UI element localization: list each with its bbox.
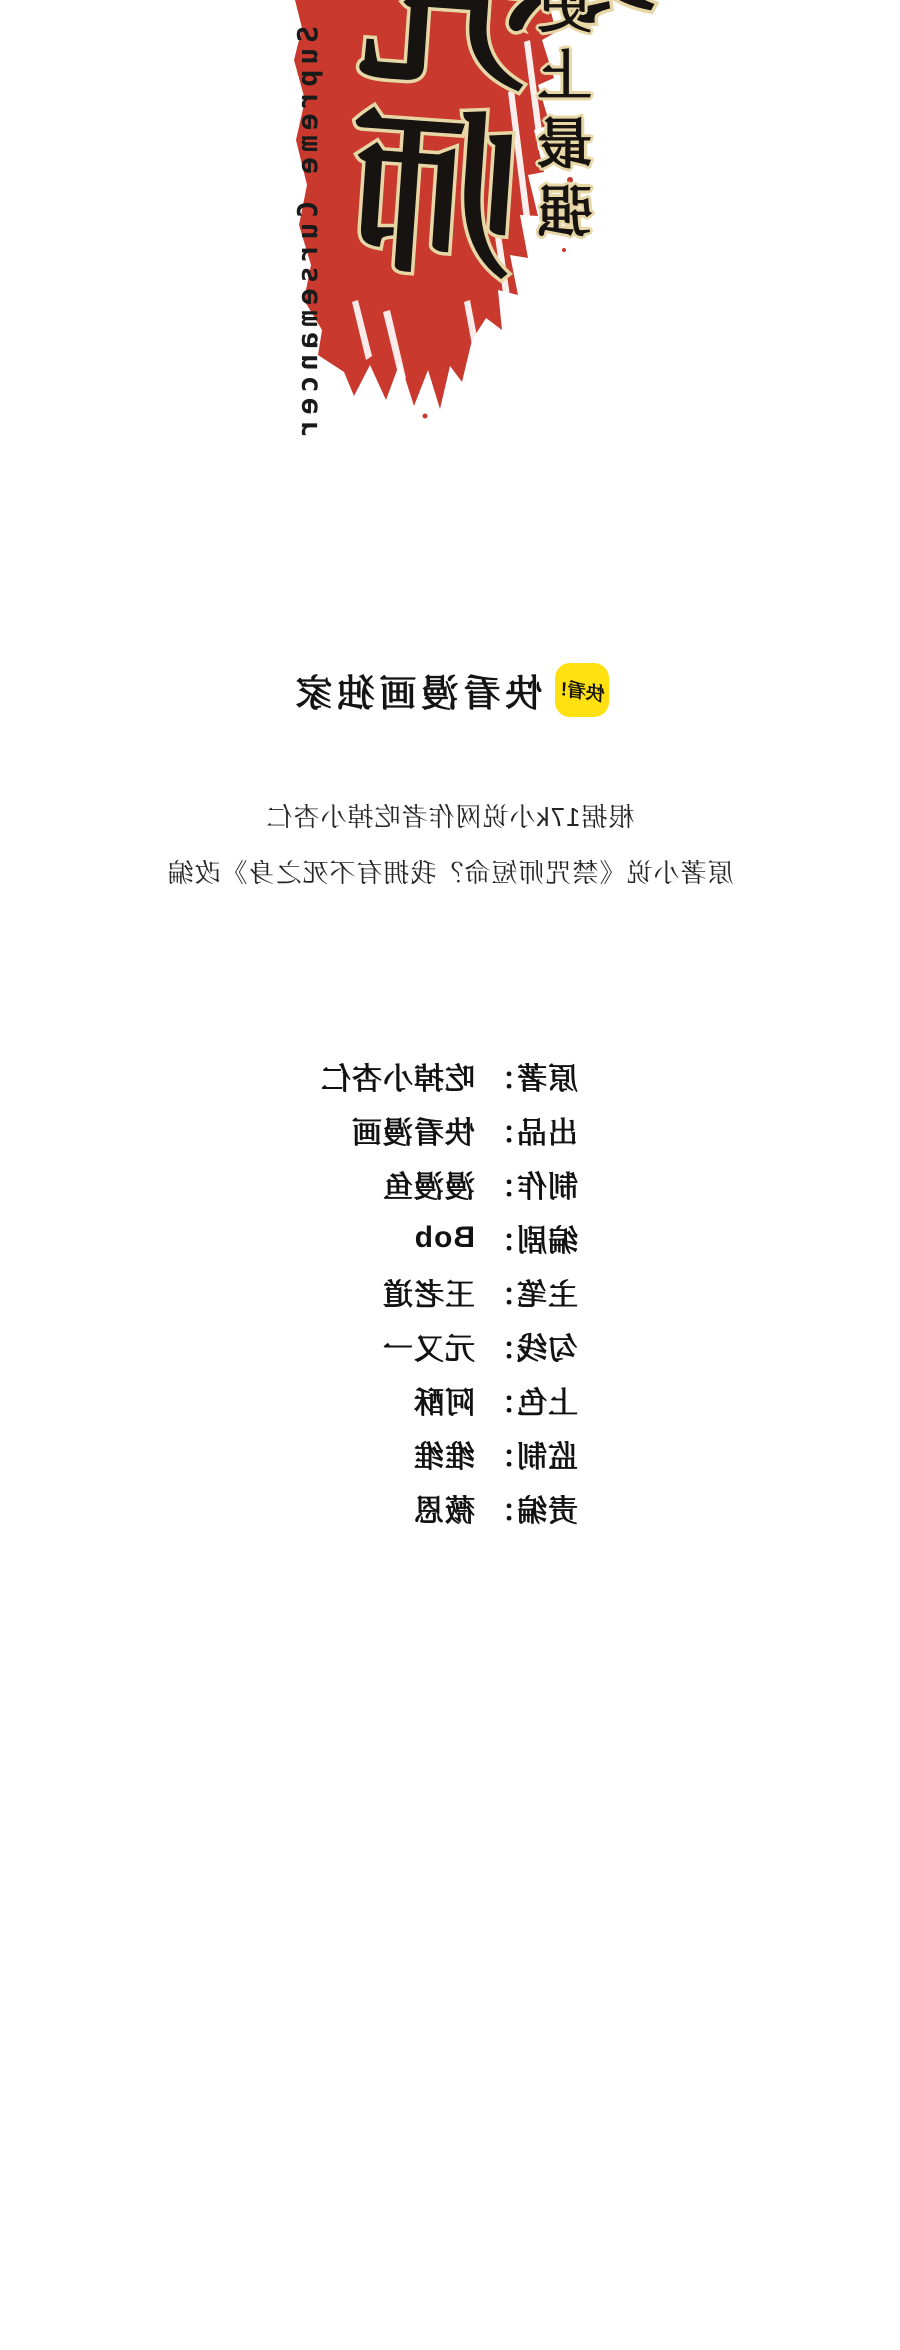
- logo-title-calligraphy: 咒师: [333, 0, 541, 297]
- credit-row: 责编： 薇恩: [0, 1481, 900, 1535]
- credit-row: 编剧： Bob: [0, 1211, 900, 1265]
- adaptation-novel-line: 原著小说《禁咒师短命？我拥有不死之身》改编: [0, 845, 900, 901]
- credit-role-label: 上色：: [485, 1378, 900, 1422]
- adaptation-note: 根据17k小说网作者吃掉小杏仁 原著小说《禁咒师短命？我拥有不死之身》改编: [0, 789, 900, 901]
- credit-row: 制作： 漫漫鱼: [0, 1157, 900, 1211]
- credit-role-label: 主笔：: [485, 1270, 900, 1314]
- credit-person-name: 吃掉小杏仁: [320, 1054, 475, 1098]
- logo-english-subtitle: Supreme Cursemancer: [292, 26, 324, 462]
- credit-role-label: 制作：: [485, 1162, 900, 1206]
- credit-role-label: 出品：: [485, 1108, 900, 1152]
- kuaikan-logo-badge: 快看!: [556, 663, 610, 717]
- credit-role-label: 编剧：: [485, 1216, 900, 1260]
- title-logo: 禁 咒师 史上最强 Supreme Cursemancer: [0, 0, 900, 480]
- credits-list: 原著： 吃掉小杏仁 出品： 快看漫画 制作： 漫漫鱼 编剧： Bob 主笔： 王…: [0, 1049, 900, 1535]
- platform-exclusive-text: 快看漫画独家: [291, 663, 543, 717]
- credit-role-label: 勾线：: [485, 1324, 900, 1368]
- credit-row: 出品： 快看漫画: [0, 1103, 900, 1157]
- credit-person-name: 快看漫画: [351, 1108, 475, 1152]
- credit-person-name: 王老道: [382, 1270, 475, 1314]
- credit-person-name: 维维: [413, 1432, 475, 1476]
- adaptation-source-line: 根据17k小说网作者吃掉小杏仁: [0, 789, 900, 845]
- credit-row: 监制： 维维: [0, 1427, 900, 1481]
- credit-person-name: Bob: [414, 1221, 475, 1255]
- mirrored-content: 禁 咒师 史上最强 Supreme Cursemancer 快看! 快看漫画独家…: [0, 0, 900, 2350]
- credit-role-label: 监制：: [485, 1432, 900, 1476]
- credit-person-name: 薇恩: [413, 1486, 475, 1530]
- credit-role-label: 责编：: [485, 1486, 900, 1530]
- credit-person-name: 漫漫鱼: [382, 1162, 475, 1206]
- credit-person-name: 阿酥: [413, 1378, 475, 1422]
- comic-credits-page: 禁 咒师 史上最强 Supreme Cursemancer 快看! 快看漫画独家…: [0, 0, 900, 2350]
- credit-role-label: 原著：: [485, 1054, 900, 1098]
- credit-person-name: 元又一: [382, 1324, 475, 1368]
- logo-tagline-vertical: 史上最强: [532, 0, 592, 246]
- credit-row: 原著： 吃掉小杏仁: [0, 1049, 900, 1103]
- credit-row: 勾线： 元又一: [0, 1319, 900, 1373]
- platform-line: 快看! 快看漫画独家: [0, 662, 900, 718]
- credit-row: 上色： 阿酥: [0, 1373, 900, 1427]
- credit-row: 主笔： 王老道: [0, 1265, 900, 1319]
- kuaikan-badge-text: 快看!: [560, 673, 605, 706]
